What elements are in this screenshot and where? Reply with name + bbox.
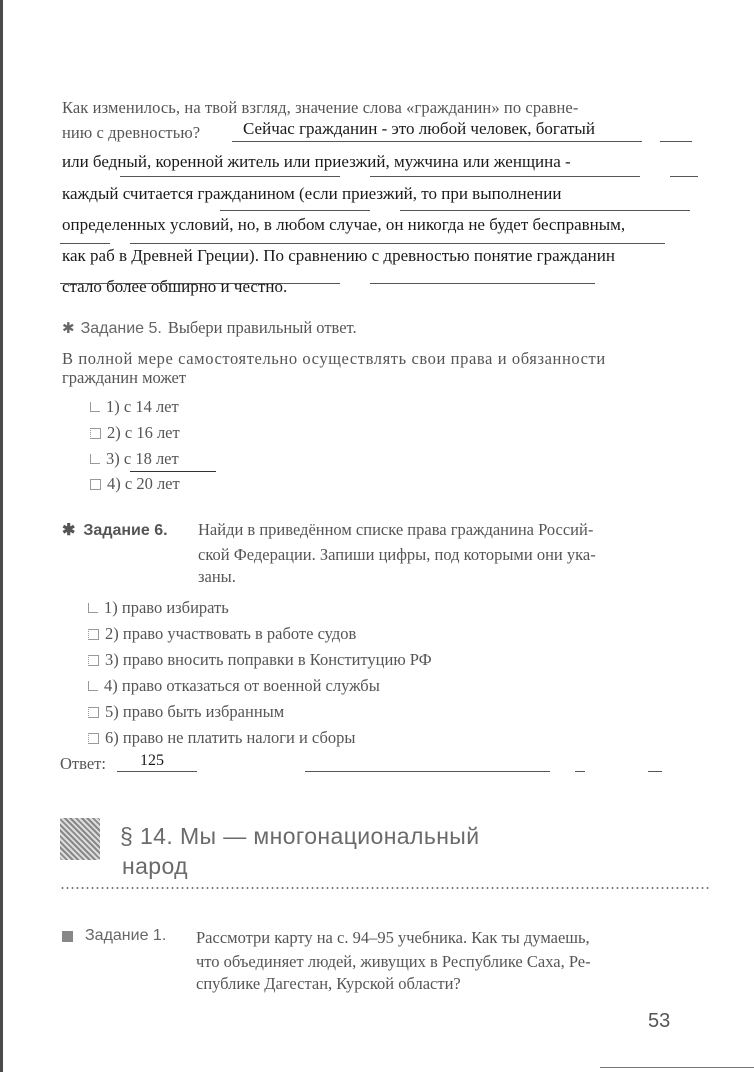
section-task1-label: Задание 1. — [85, 927, 166, 945]
answer-underline — [220, 210, 370, 211]
checkbox-icon[interactable] — [90, 428, 101, 439]
section-task1-header: Задание 1. — [62, 927, 166, 945]
question-line-2-prefix: нию с древностью? — [62, 123, 200, 143]
answer-underline — [370, 176, 640, 177]
task5-question-line-2: гражданин может — [62, 368, 186, 388]
checkbox-icon[interactable] — [88, 707, 99, 718]
answer-line-2: или бедный, коренной житель или приезжий… — [62, 152, 571, 172]
section-title-line-1: § 14. Мы — многонациональный — [120, 823, 479, 850]
answer-line-4: определенных условий, но, в любом случае… — [62, 215, 625, 235]
task6-instruction-line-2: ской Федерации. Запиши цифры, под которы… — [198, 545, 596, 565]
option-label: 1) право избирать — [104, 598, 229, 618]
answer-underline — [370, 283, 595, 284]
task6-instruction-line-3: заны. — [198, 567, 236, 587]
page-bottom-rule — [600, 1067, 754, 1068]
task6-option-5[interactable]: 5) право быть избранным — [88, 702, 284, 722]
option-label: 1) с 14 лет — [106, 397, 179, 417]
checkbox-icon[interactable] — [88, 681, 98, 691]
answer-underline — [305, 771, 550, 772]
option-label: 2) право участвовать в работе судов — [105, 624, 356, 644]
answer-underline — [660, 141, 692, 142]
page-number: 53 — [648, 1010, 670, 1033]
answer-underline — [120, 176, 340, 177]
answer-underline — [117, 771, 197, 772]
asterisk-icon: ✱ — [62, 319, 75, 337]
task6-header: ✱ Задание 6. — [62, 520, 168, 540]
task6-answer-value[interactable]: 125 — [140, 752, 164, 770]
answer-line-5: как раб в Древней Греции). По сравнению … — [62, 246, 615, 266]
answer-underline — [232, 141, 642, 142]
checkbox-icon[interactable] — [88, 733, 99, 744]
answer-underline — [130, 243, 665, 244]
answer-underline — [648, 771, 662, 772]
answer-line-6: стало более обширно и честно. — [62, 277, 287, 297]
task6-option-2[interactable]: 2) право участвовать в работе судов — [88, 624, 356, 644]
task6-answer-label: Ответ: — [60, 754, 106, 774]
section-task1-text-line-1: Рассмотри карту на с. 94–95 учебника. Ка… — [196, 928, 590, 948]
option-label: 4) право отказаться от военной службы — [104, 676, 380, 696]
answer-underline — [400, 210, 690, 211]
task6-label: Задание 6. — [83, 522, 167, 540]
task6-option-6[interactable]: 6) право не платить налоги и сборы — [88, 728, 355, 748]
answer-strike-line — [60, 283, 340, 284]
option-label: 5) право быть избранным — [105, 702, 284, 722]
answer-underline — [575, 771, 585, 772]
section-task1-text-line-3: спублике Дагестан, Курской области? — [196, 974, 461, 994]
answer-underline — [670, 176, 698, 177]
section-title-line-2: народ — [122, 853, 188, 880]
answer-line-3: каждый считается гражданином (если приез… — [62, 184, 561, 204]
section-task1-text-line-2: что объединяет людей, живущих в Республи… — [196, 952, 591, 972]
task6-option-4[interactable]: 4) право отказаться от военной службы — [88, 676, 380, 696]
task5-option-4[interactable]: 4) с 20 лет — [90, 474, 180, 494]
checkbox-icon[interactable] — [88, 655, 99, 666]
square-bullet-icon — [62, 931, 73, 942]
checkbox-icon[interactable] — [90, 479, 101, 490]
answer-underline — [130, 471, 216, 472]
task5-option-3[interactable]: 3) с 18 лет — [90, 449, 179, 469]
task5-label: Задание 5. — [81, 320, 162, 338]
question-line-1: Как изменилось, на твой взгляд, значение… — [62, 98, 578, 118]
people-illustration-icon — [60, 818, 100, 860]
option-label: 2) с 16 лет — [107, 423, 180, 443]
option-label: 4) с 20 лет — [107, 474, 180, 494]
checkbox-icon[interactable] — [90, 402, 100, 412]
task5-option-1[interactable]: 1) с 14 лет — [90, 397, 179, 417]
task6-instruction-line-1: Найди в приведённом списке права граждан… — [198, 520, 593, 540]
task5-header: ✱ Задание 5. Выбери правильный ответ. — [62, 318, 357, 338]
checkbox-icon[interactable] — [90, 454, 100, 464]
answer-underline — [60, 243, 110, 244]
task5-question-line-1: В полной мере самостоятельно осуществлят… — [62, 349, 606, 369]
option-label: 3) право вносить поправки в Конституцию … — [105, 650, 432, 670]
checkbox-icon[interactable] — [88, 603, 98, 613]
asterisk-icon: ✱ — [62, 520, 75, 540]
option-label: 3) с 18 лет — [106, 449, 179, 469]
task5-option-2[interactable]: 2) с 16 лет — [90, 423, 180, 443]
task6-option-3[interactable]: 3) право вносить поправки в Конституцию … — [88, 650, 432, 670]
task5-instruction: Выбери правильный ответ. — [168, 318, 357, 338]
checkbox-icon[interactable] — [88, 629, 99, 640]
dotted-divider — [60, 887, 710, 889]
option-label: 6) право не платить налоги и сборы — [105, 728, 355, 748]
answer-line-1: Сейчас гражданин - это любой человек, бо… — [243, 119, 595, 139]
scan-edge — [0, 0, 3, 1072]
task6-option-1[interactable]: 1) право избирать — [88, 598, 229, 618]
